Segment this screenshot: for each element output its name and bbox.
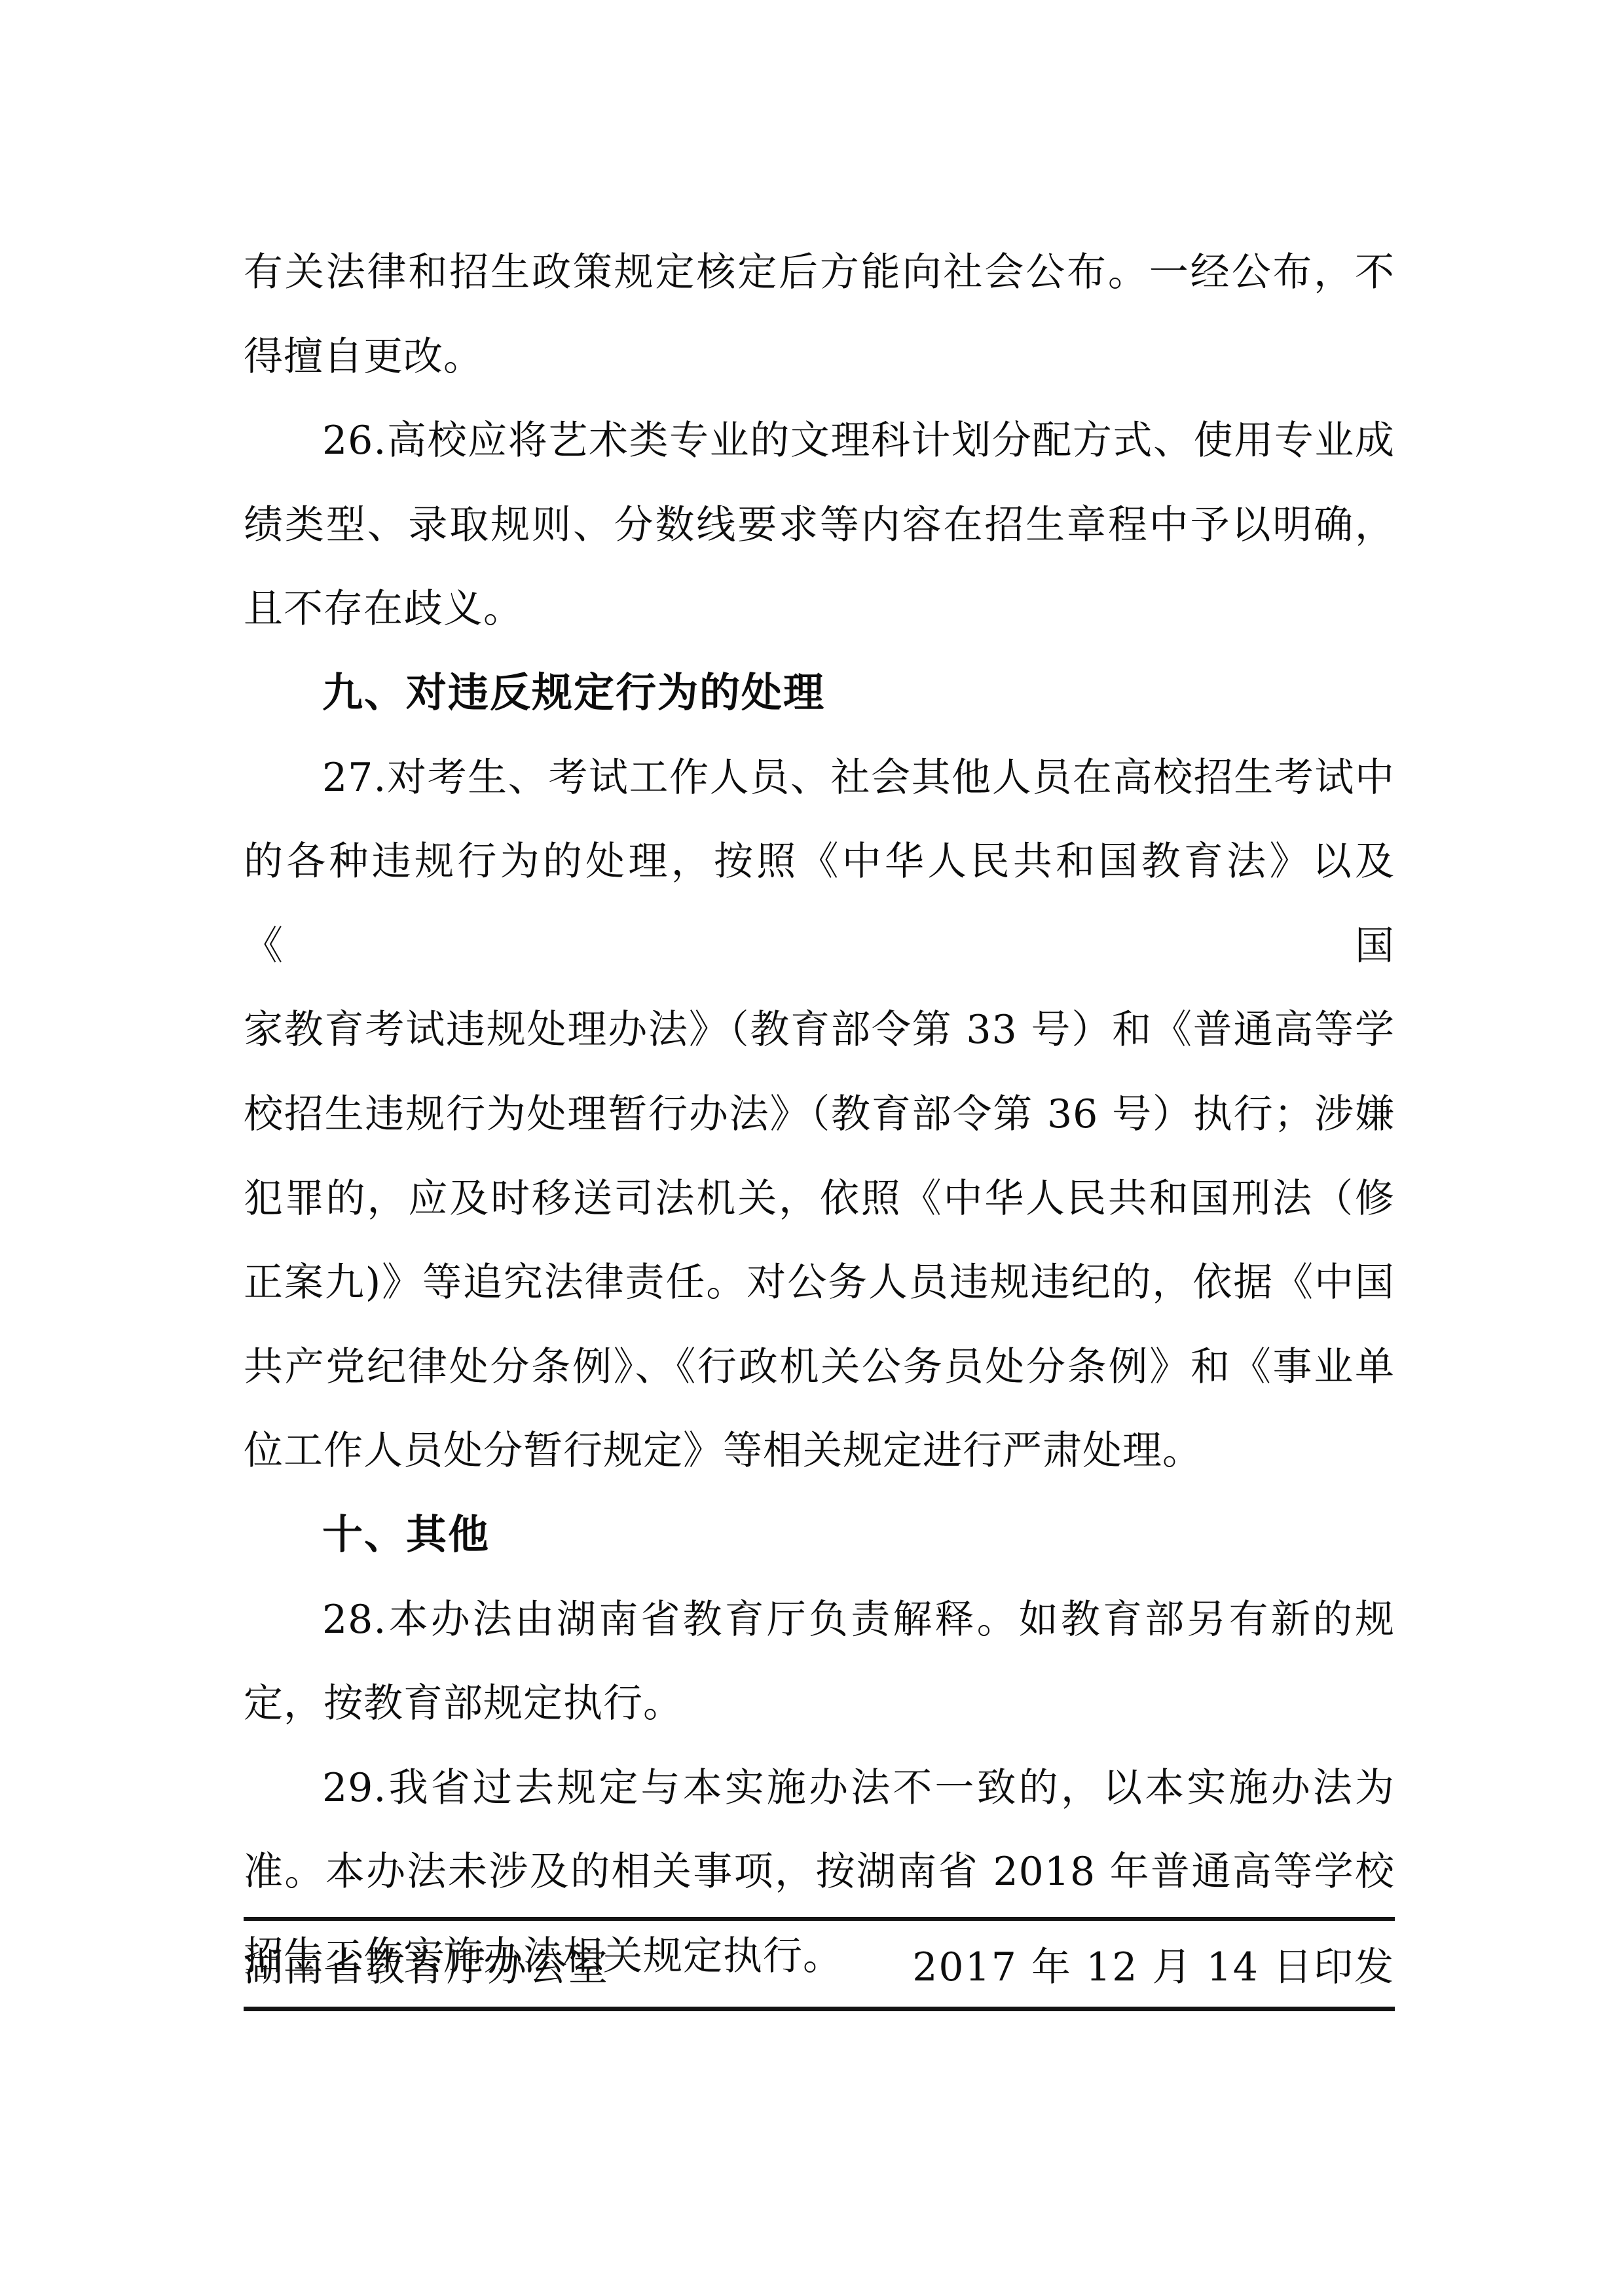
section-heading-9: 九、对违反规定行为的处理 [244,651,1395,736]
section-heading-10: 十、其他 [244,1493,1395,1578]
para-26-line-1: 26.高校应将艺术类专业的文理科计划分配方式、使用专业成 [244,399,1395,483]
para-27-line-3: 家教育考试违规处理办法》（教育部令第 33 号）和《普通高等学 [244,988,1395,1072]
para-27-line-7: 共产党纪律处分条例》、《行政机关公务员处分条例》和《事业单 [244,1325,1395,1410]
document-body: 有关法律和招生政策规定核定后方能向社会公布。一经公布，不 得擅自更改。 26.高… [244,230,1395,1998]
para-27-line-1: 27.对考生、考试工作人员、社会其他人员在高校招生考试中 [244,736,1395,820]
para-27-line-6: 正案九)》等追究法律责任。对公务人员违规违纪的，依据《中国 [244,1241,1395,1325]
issuing-office: 湖南省教育厅办公室 [244,1936,609,1992]
print-date: 2017 年 12 月 14 日印发 [912,1936,1395,1992]
para-26-line-2: 绩类型、录取规则、分数线要求等内容在招生章程中予以明确， [244,483,1395,568]
para-25-continuation-line-1: 有关法律和招生政策规定核定后方能向社会公布。一经公布，不 [244,230,1395,315]
para-27-line-5: 犯罪的，应及时移送司法机关，依照《中华人民共和国刑法（修 [244,1157,1395,1241]
para-28-line-1: 28.本办法由湖南省教育厅负责解释。如教育部另有新的规 [244,1578,1395,1662]
para-28-line-2: 定，按教育部规定执行。 [244,1662,1395,1746]
para-29-line-2: 准。本办法未涉及的相关事项，按湖南省 2018 年普通高等学校 [244,1830,1395,1914]
para-26-line-3: 且不存在歧义。 [244,567,1395,651]
para-27-line-8: 位工作人员处分暂行规定》等相关规定进行严肃处理。 [244,1409,1395,1493]
para-29-line-1: 29.我省过去规定与本实施办法不一致的，以本实施办法为 [244,1746,1395,1831]
document-page: 有关法律和招生政策规定核定后方能向社会公布。一经公布，不 得擅自更改。 26.高… [0,0,1624,2296]
colophon: 湖南省教育厅办公室 2017 年 12 月 14 日印发 [244,1917,1395,2011]
para-25-continuation-line-2: 得擅自更改。 [244,315,1395,399]
para-27-line-4: 校招生违规行为处理暂行办法》（教育部令第 36 号）执行；涉嫌 [244,1072,1395,1157]
para-27-line-2: 的各种违规行为的处理，按照《中华人民共和国教育法》以及《国 [244,820,1395,988]
